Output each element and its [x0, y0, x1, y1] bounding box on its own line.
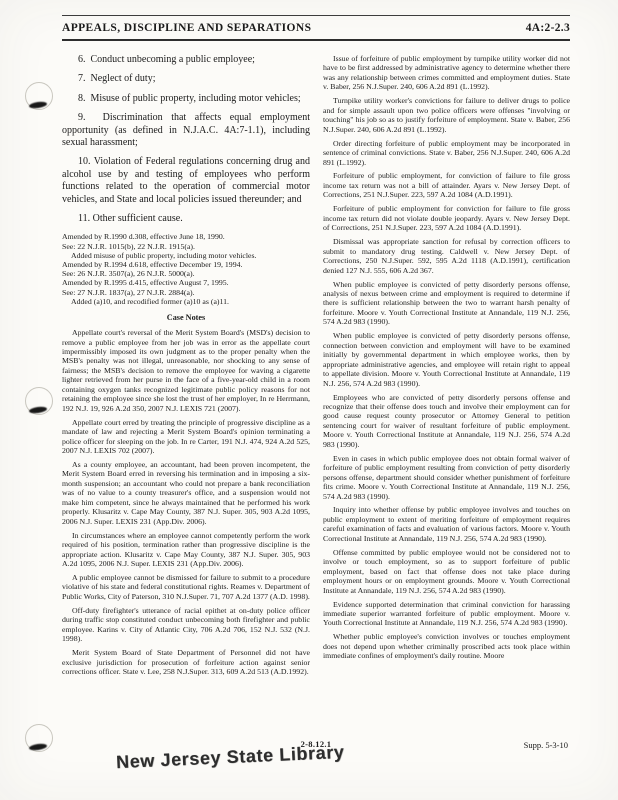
punch-hole: [25, 82, 53, 110]
case-note-paragraph: Employees who are convicted of petty dis…: [323, 393, 570, 450]
case-note-paragraph: Even in cases in which public employee d…: [323, 454, 570, 501]
history-line: Added (a)10, and recodified former (a)10…: [62, 297, 310, 306]
case-note-paragraph: Appellate court's reversal of the Merit …: [62, 328, 310, 413]
history-line: Amended by R.1990 d.308, effective June …: [62, 232, 310, 241]
history-line: See: 22 N.J.R. 1015(b), 22 N.J.R. 1915(a…: [62, 242, 310, 251]
case-note-paragraph: Dismissal was appropriate sanction for r…: [323, 237, 570, 275]
case-note-paragraph: Inquiry into whether offense by public e…: [323, 505, 570, 543]
page-header: APPEALS, DISCIPLINE AND SEPARATIONS 4A:2…: [62, 15, 570, 41]
list-item: 11. Other sufficient cause.: [62, 213, 310, 225]
case-note-paragraph: A public employee cannot be dismissed fo…: [62, 573, 310, 601]
list-item: 9. Discrimination that affects equal emp…: [62, 112, 310, 149]
case-note-paragraph: Forfeiture of public employment for conv…: [323, 204, 570, 232]
case-note-paragraph: Order directing forfeiture of public emp…: [323, 139, 570, 167]
scanned-document-page: APPEALS, DISCIPLINE AND SEPARATIONS 4A:2…: [0, 0, 618, 800]
case-notes-right: Issue of forfeiture of public employment…: [323, 54, 570, 661]
two-column-body: 6. Conduct unbecoming a public employee;…: [62, 54, 570, 681]
list-item: 6. Conduct unbecoming a public employee;: [62, 54, 310, 66]
history-line: Amended by R.1995 d.415, effective Augus…: [62, 278, 310, 287]
amendment-history: Amended by R.1990 d.308, effective June …: [62, 232, 310, 306]
case-note-paragraph: When public employee is convicted of pet…: [323, 280, 570, 327]
right-column: Issue of forfeiture of public employment…: [323, 54, 570, 681]
case-notes-left: Appellate court's reversal of the Merit …: [62, 328, 310, 676]
list-item: 7. Neglect of duty;: [62, 73, 310, 85]
case-note-paragraph: Forfeiture of public employment, for con…: [323, 171, 570, 199]
case-note-paragraph: Appellate court erred by treating the pr…: [62, 418, 310, 456]
case-note-paragraph: Off-duty firefighter's utterance of raci…: [62, 606, 310, 644]
punch-hole: [25, 724, 53, 752]
case-note-paragraph: Whether public employee's conviction inv…: [323, 632, 570, 660]
section-number: 4A:2-2.3: [526, 22, 570, 34]
footer-supplement: Supp. 5-3-10: [524, 740, 568, 750]
list-item: 8. Misuse of public property, including …: [62, 93, 310, 105]
history-line: Amended by R.1994 d.618, effective Decem…: [62, 260, 310, 269]
left-column: 6. Conduct unbecoming a public employee;…: [62, 54, 310, 681]
page-title: APPEALS, DISCIPLINE AND SEPARATIONS: [62, 22, 311, 34]
case-note-paragraph: Evidence supported determination that cr…: [323, 600, 570, 628]
case-note-paragraph: As a county employee, an accountant, had…: [62, 460, 310, 526]
history-line: See: 27 N.J.R. 1837(a), 27 N.J.R. 2884(a…: [62, 288, 310, 297]
case-notes-heading: Case Notes: [62, 313, 310, 322]
punch-hole: [25, 387, 53, 415]
case-note-paragraph: Issue of forfeiture of public employment…: [323, 54, 570, 92]
history-line: Added misuse of public property, includi…: [62, 251, 310, 260]
case-note-paragraph: In circumstances where an employee canno…: [62, 531, 310, 569]
case-note-paragraph: Offense committed by public employee wou…: [323, 548, 570, 595]
case-note-paragraph: Merit System Board of State Department o…: [62, 648, 310, 676]
history-line: See: 26 N.J.R. 3507(a), 26 N.J.R. 5000(a…: [62, 269, 310, 278]
list-item: 10. Violation of Federal regulations con…: [62, 156, 310, 206]
statute-list: 6. Conduct unbecoming a public employee;…: [62, 54, 310, 225]
case-note-paragraph: When public employee is convicted of pet…: [323, 331, 570, 388]
case-note-paragraph: Turnpike utility worker's convictions fo…: [323, 96, 570, 134]
